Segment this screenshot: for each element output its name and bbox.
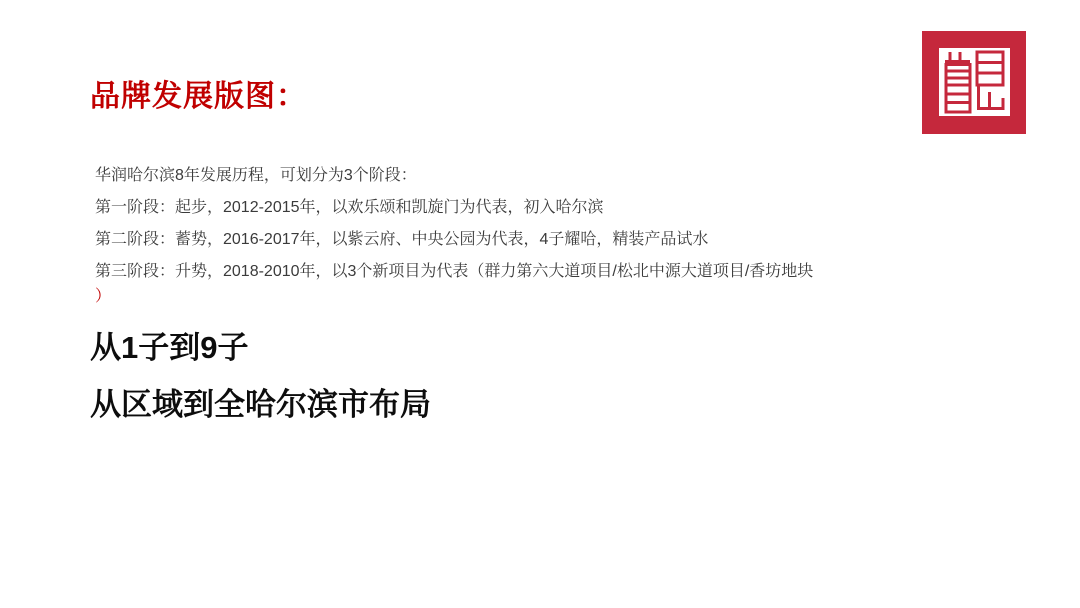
stage-line-3-close-paren: ） xyxy=(95,284,995,309)
stage-line-3: 第三阶段：升势，2018-2010年，以3个新项目为代表（群力第六大道项目/松北… xyxy=(95,259,995,309)
company-seal-logo xyxy=(922,31,1026,134)
headline-citywide-layout: 从区域到全哈尔滨市布局 xyxy=(90,386,431,424)
stage-line-2: 第二阶段：蓄势，2016-2017年，以紫云府、中央公园为代表，4子耀哈，精装产… xyxy=(95,227,995,252)
intro-line: 华润哈尔滨8年发展历程，可划分为3个阶段： xyxy=(95,163,995,188)
headline-from-1-to-9: 从1子到9子 xyxy=(90,329,248,367)
presentation-slide: 品牌发展版图： 华润哈尔滨8年发展历程，可划分为3个阶段： 第一阶段：起步，20… xyxy=(0,0,1080,608)
development-history-paragraph: 华润哈尔滨8年发展历程，可划分为3个阶段： 第一阶段：起步，2012-2015年… xyxy=(95,163,995,316)
stage-line-1: 第一阶段：起步，2012-2015年，以欢乐颂和凯旋门为代表，初入哈尔滨 xyxy=(95,195,995,220)
stage-line-3-text: 第三阶段：升势，2018-2010年，以3个新项目为代表（群力第六大道项目/松北… xyxy=(95,263,813,280)
page-title: 品牌发展版图： xyxy=(90,78,307,116)
